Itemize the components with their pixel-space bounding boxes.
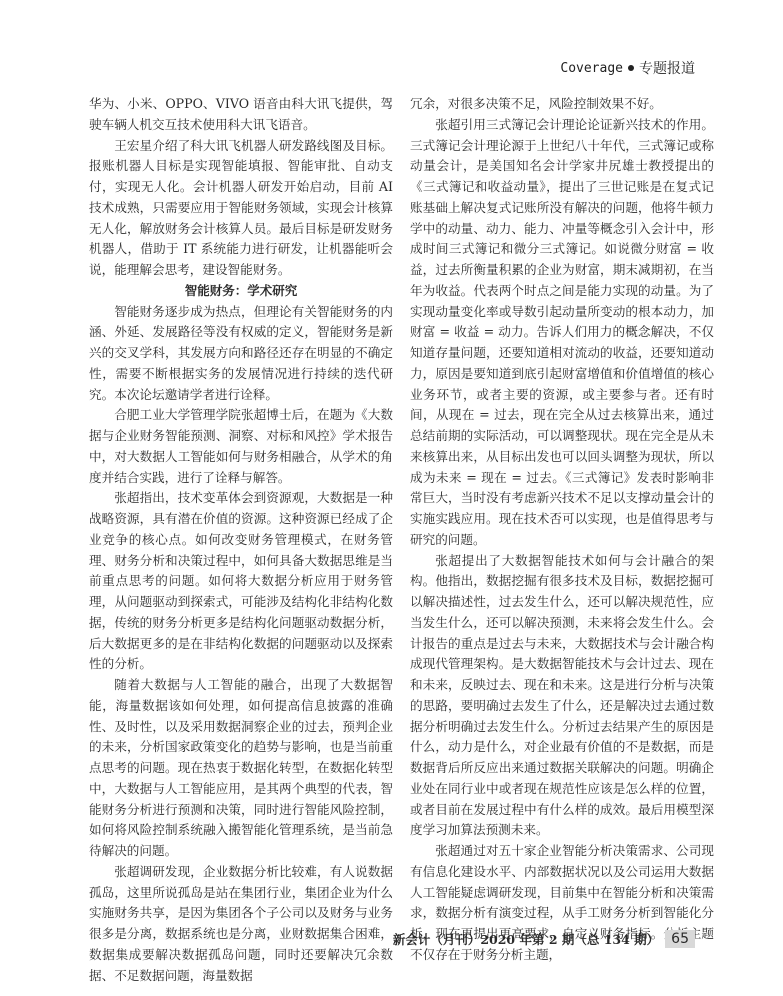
bullet-dot-icon	[628, 65, 634, 71]
running-header: Coverage 专题报道	[560, 58, 695, 78]
section-subheading: 智能财务：学术研究	[89, 281, 393, 302]
paragraph: 冗余，对很多决策不足，风险控制效果不好。	[410, 94, 714, 115]
paragraph: 王宏星介绍了科大讯飞机器人研发路线图及目标。报账机器人目标是实现智能填报、智能审…	[89, 136, 393, 281]
right-column: 冗余，对很多决策不足，风险控制效果不好。 张超引用三式簿记会计理论论证新兴技术的…	[410, 94, 714, 966]
section-label-en: Coverage	[560, 61, 623, 76]
paragraph: 华为、小米、OPPO、VIVO 语音由科大讯飞提供，驾驶车辆人机交互技术使用科大…	[89, 94, 393, 136]
left-column: 华为、小米、OPPO、VIVO 语音由科大讯飞提供，驾驶车辆人机交互技术使用科大…	[89, 94, 393, 986]
paragraph: 张超指出，技术变革体会到资源观，大数据是一种战略资源，具有潜在价值的资源。这种资…	[89, 488, 393, 675]
paragraph: 张超提出了大数据智能技术如何与会计融合的架构。他指出，数据挖掘有很多技术及目标，…	[410, 551, 714, 842]
journal-citation: 新会计（月刊）2020 年第 2 期（总 134 期）	[393, 930, 659, 948]
paragraph: 张超调研发现，企业数据分析比较难，有人说数据孤岛，这里所说孤岛是站在集团行业，集…	[89, 862, 393, 987]
page-number: 65	[665, 930, 695, 948]
paragraph: 张超引用三式簿记会计理论论证新兴技术的作用。三式簿记会计理论源于上世纪八十年代，…	[410, 115, 714, 551]
paragraph: 随着大数据与人工智能的融合，出现了大数据智能，海量数据该如何处理，如何提高信息披…	[89, 675, 393, 862]
paragraph: 合肥工业大学管理学院张超博士后，在题为《大数据与企业财务智能预测、洞察、对标和风…	[89, 405, 393, 488]
section-label-zh: 专题报道	[639, 58, 695, 78]
paragraph: 智能财务逐步成为热点，但理论有关智能财务的内涵、外延、发展路径等没有权威的定义，…	[89, 302, 393, 406]
page-footer: 新会计（月刊）2020 年第 2 期（总 134 期） 65	[393, 930, 695, 948]
